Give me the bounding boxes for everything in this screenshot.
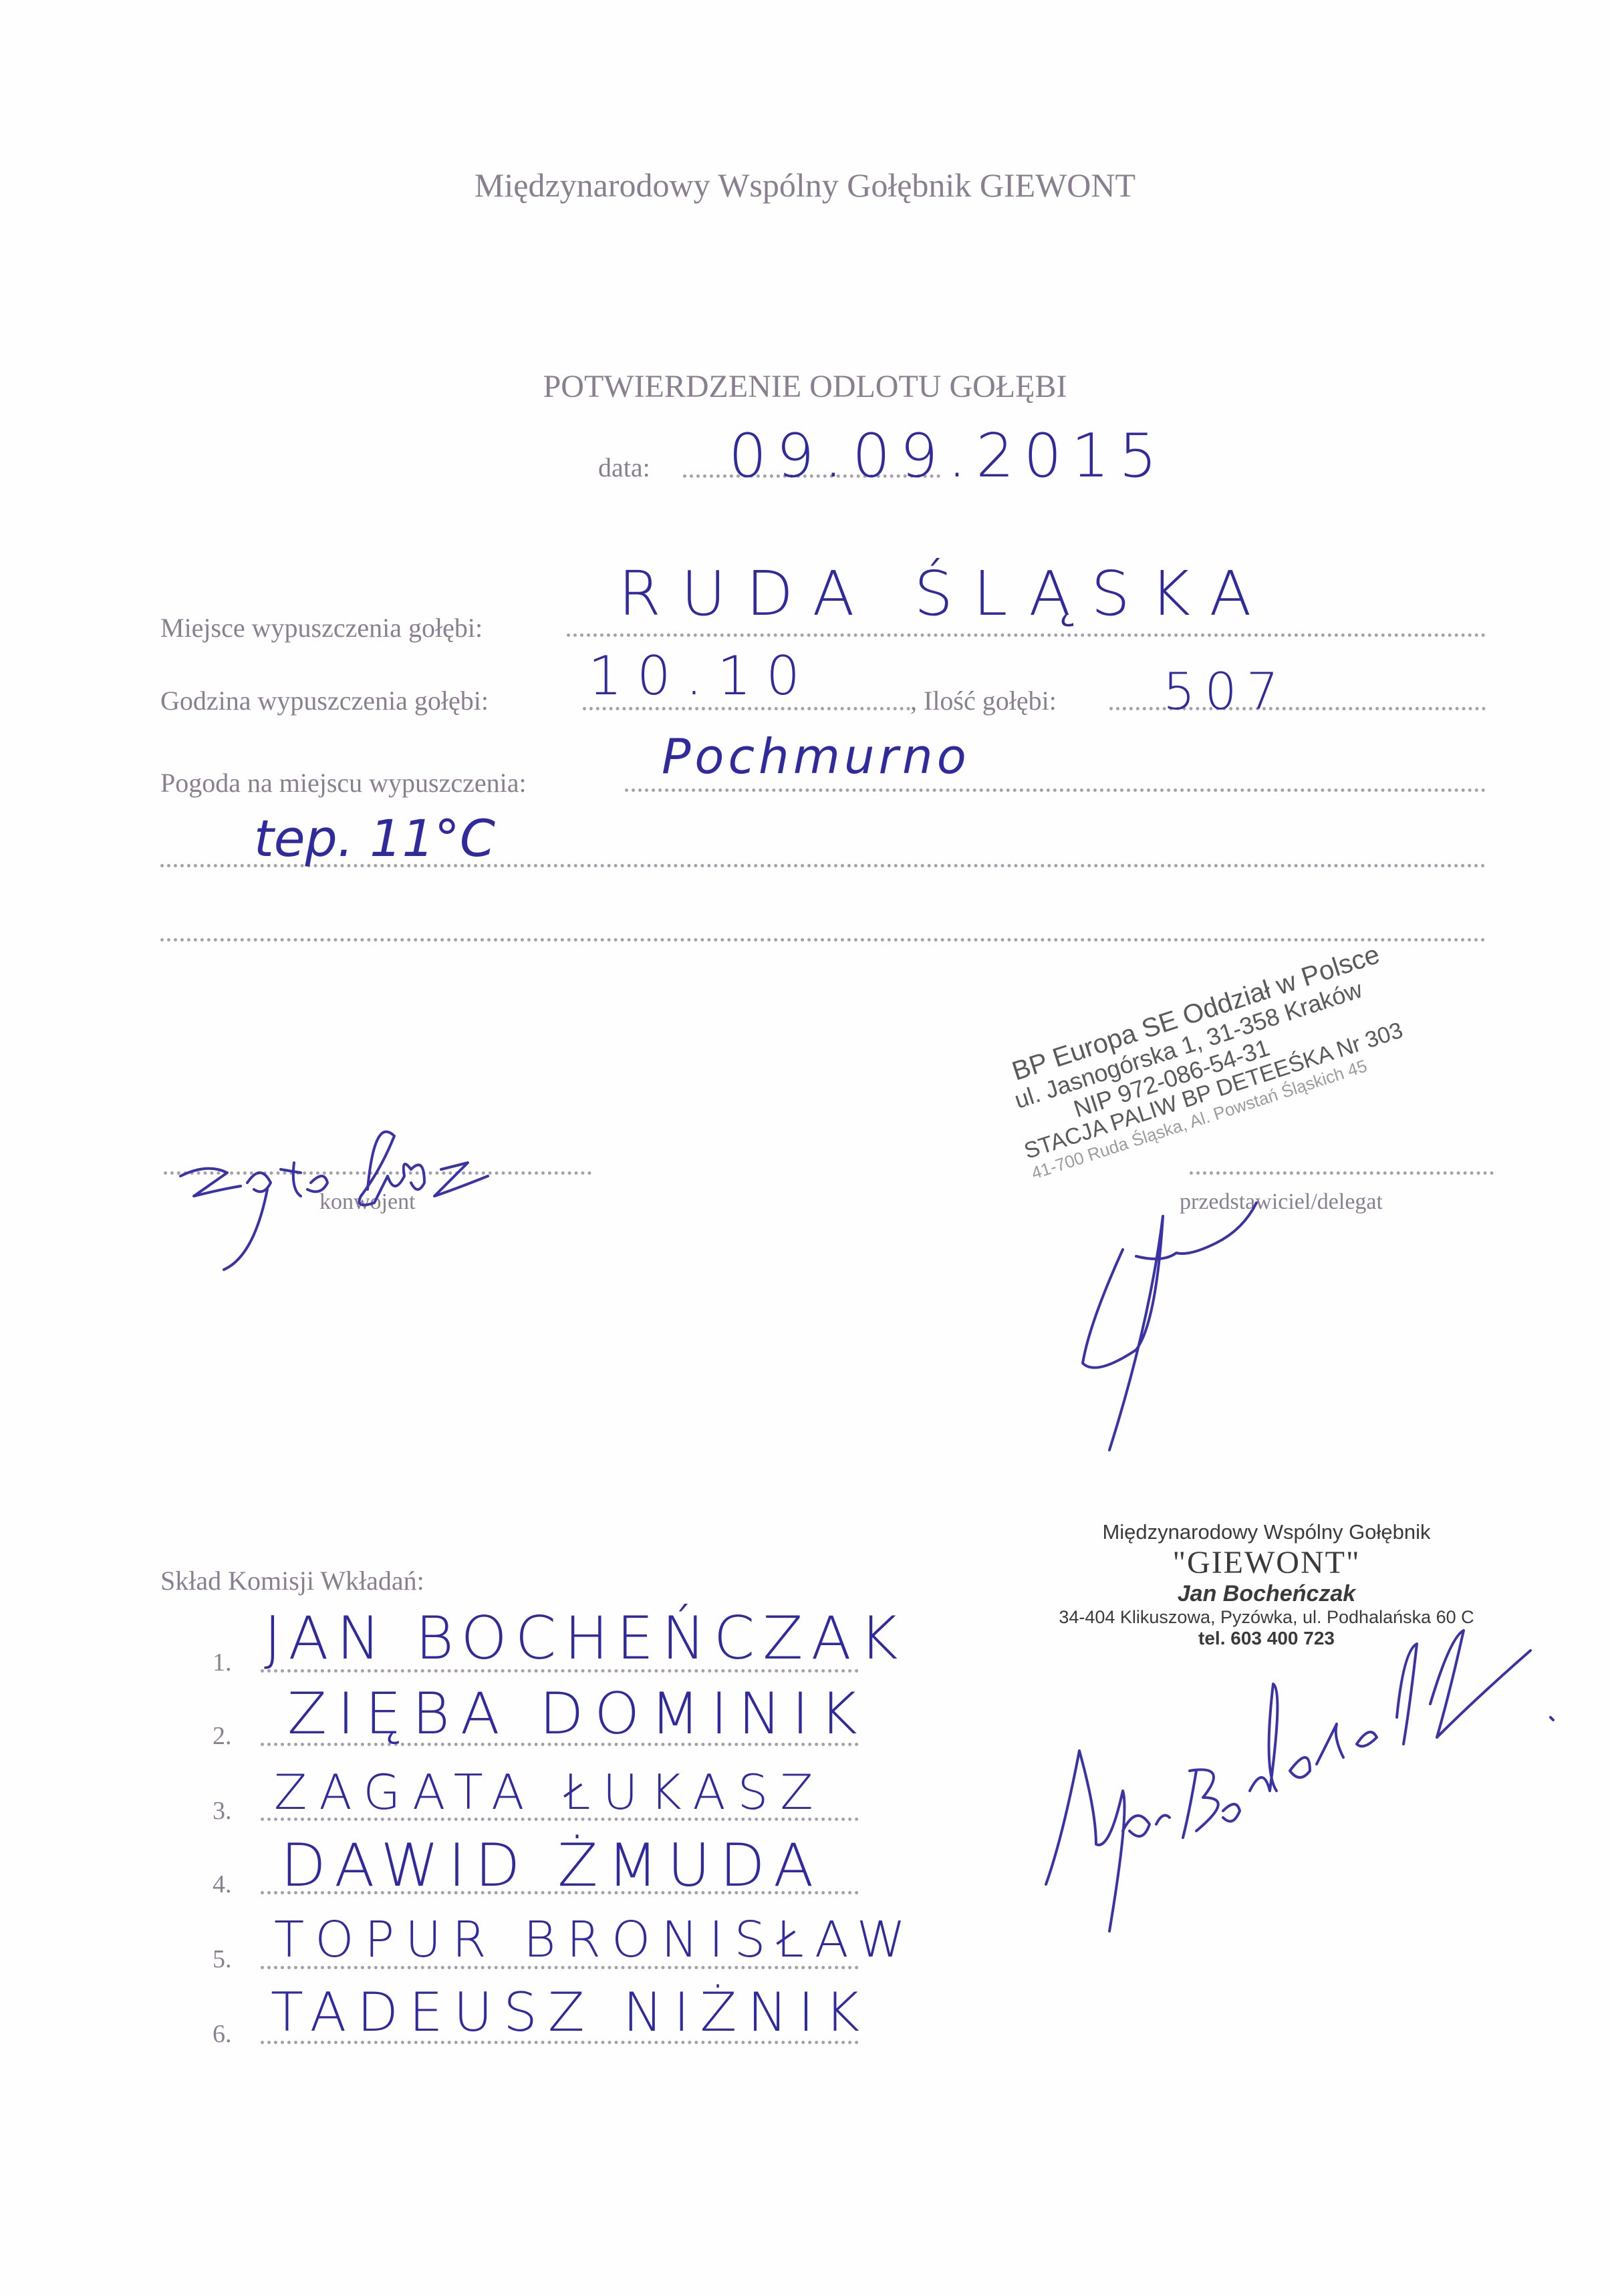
committee-label: Skład Komisji Wkładań: xyxy=(160,1565,424,1596)
stamp-name: "GIEWONT" xyxy=(1033,1544,1500,1581)
member-number: 3. xyxy=(213,1796,232,1826)
representative-signature xyxy=(1056,1189,1297,1470)
weather-value[interactable]: Pochmurno xyxy=(662,728,970,784)
bp-station-stamp: BP Europa SE Oddział w Polsce ul. Jasnog… xyxy=(996,930,1442,1183)
release-place-dotted-line xyxy=(567,633,1486,637)
release-place-value[interactable]: RUDA ŚLĄSKA xyxy=(618,558,1271,629)
member-name[interactable]: JAN BOCHEŃCZAK xyxy=(264,1604,906,1673)
release-place-label: Miejsce wypuszczenia gołębi: xyxy=(160,612,483,643)
date-value[interactable]: 09.09.2015 xyxy=(728,421,1166,491)
member-name[interactable]: ZIĘBA DOMINIK xyxy=(287,1681,868,1747)
organization-stamp: Międzynarodowy Wspólny Gołębnik "GIEWONT… xyxy=(1033,1520,1500,1649)
member-number: 5. xyxy=(213,1945,232,1974)
member-name[interactable]: TADEUSZ NIŻNIK xyxy=(271,1981,870,2043)
pigeon-count-label: , Ilość gołębi: xyxy=(910,685,1057,716)
member-name[interactable]: DAWID ŻMUDA xyxy=(281,1831,823,1900)
document-page: Międzynarodowy Wspólny Gołębnik GIEWONT … xyxy=(0,0,1610,2296)
weather-label: Pogoda na miejscu wypuszczenia: xyxy=(160,767,527,799)
member-number: 4. xyxy=(213,1870,232,1899)
member-name[interactable]: TOPUR BRONISŁAW xyxy=(274,1911,916,1969)
weather-extra-value[interactable]: tep. 11°C xyxy=(254,809,495,868)
release-time-dotted-line xyxy=(583,707,910,710)
release-time-label: Godzina wypuszczenia gołębi: xyxy=(160,685,489,716)
weather-dotted-line xyxy=(625,788,1486,792)
date-label: data: xyxy=(598,452,650,483)
convoy-signature xyxy=(167,1123,568,1283)
form-title: POTWIERDZENIE ODLOTU GOŁĘBI xyxy=(0,368,1610,405)
stamp-person: Jan Bocheńczak xyxy=(1033,1581,1500,1607)
organization-signature xyxy=(1023,1637,1610,1938)
blank-dotted-line xyxy=(160,938,1486,942)
member-name[interactable]: ZAGATA ŁUKASZ xyxy=(274,1764,825,1820)
release-time-value[interactable]: 10.10 xyxy=(588,645,815,707)
representative-signature-line xyxy=(1190,1171,1494,1175)
stamp-org: Międzynarodowy Wspólny Gołębnik xyxy=(1033,1520,1500,1544)
member-number: 2. xyxy=(213,1721,232,1751)
header-title: Międzynarodowy Wspólny Gołębnik GIEWONT xyxy=(0,166,1610,204)
stamp-address: 34-404 Klikuszowa, Pyzówka, ul. Podhalań… xyxy=(1033,1607,1500,1628)
member-number: 1. xyxy=(213,1648,232,1677)
member-number: 6. xyxy=(213,2019,232,2049)
pigeon-count-value[interactable]: 507 xyxy=(1163,662,1288,721)
